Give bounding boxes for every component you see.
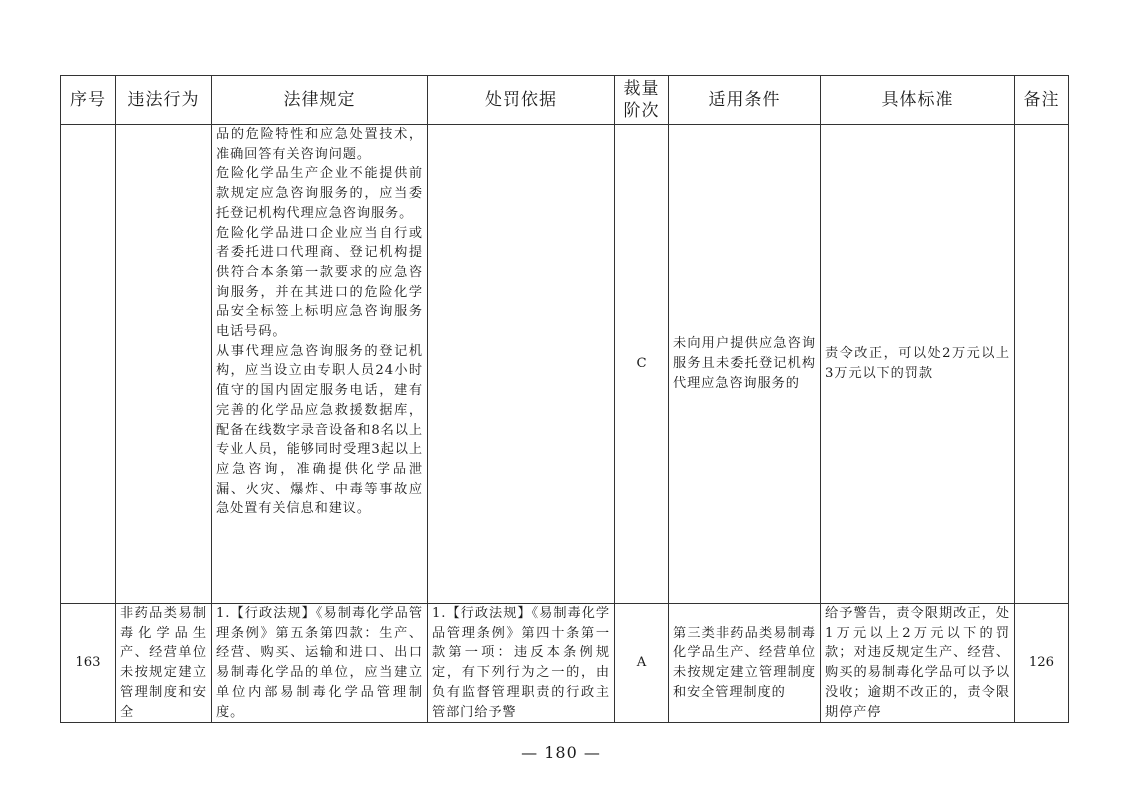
penalty-discretion-table: 序号 违法行为 法律规定 处罚依据 裁量 阶次 适用条件 具体标准 备注 品的危 (60, 75, 1069, 723)
cell-specific-standard: 责令改正，可以处2万元以上3万元以下的罚款 (821, 125, 1015, 604)
legal-paragraph: 危险化学品生产企业不能提供前款规定应急咨询服务的，应当委托登记机构代理应急咨询服… (216, 164, 423, 223)
table-header-row: 序号 违法行为 法律规定 处罚依据 裁量 阶次 适用条件 具体标准 备注 (61, 76, 1069, 125)
violation-text: 非药品类易制毒化学品生产、经营单位未按规定建立管理制度和安全 (116, 604, 211, 722)
header-discretion-level: 裁量 阶次 (615, 76, 669, 125)
legal-paragraph: 1.【行政法规】《易制毒化学品管理条例》第五条第四款：生产、经营、购买、运输和进… (216, 604, 423, 722)
cell-specific-standard: 给予警告，责令限期改正，处1万元以上2万元以下的罚款；对违反规定生产、经营、购买… (821, 604, 1015, 723)
header-remark: 备注 (1015, 76, 1069, 125)
cell-remark: 126 (1015, 604, 1069, 723)
cell-applicable-condition: 第三类非药品类易制毒化学品生产、经营单位未按规定建立管理制度和安全管理制度的 (669, 604, 821, 723)
page-number: — 180 — (0, 743, 1122, 762)
table-row: 163 非药品类易制毒化学品生产、经营单位未按规定建立管理制度和安全 1.【行政… (61, 604, 1069, 723)
cell-seq (61, 125, 116, 604)
cell-remark (1015, 125, 1069, 604)
cell-discretion-level: C (615, 125, 669, 604)
table-row: 品的危险特性和应急处置技术，准确回答有关咨询问题。 危险化学品生产企业不能提供前… (61, 125, 1069, 604)
cell-legal-provision: 品的危险特性和应急处置技术，准确回答有关咨询问题。 危险化学品生产企业不能提供前… (212, 125, 428, 604)
cell-penalty-basis: 1.【行政法规】《易制毒化学品管理条例》第四十条第一款第一项：违反本条例规定，有… (428, 604, 615, 723)
header-specific-standard: 具体标准 (821, 76, 1015, 125)
header-penalty-basis: 处罚依据 (428, 76, 615, 125)
specific-standard-text: 责令改正，可以处2万元以上3万元以下的罚款 (821, 344, 1014, 383)
cell-discretion-level: A (615, 604, 669, 723)
document-page: 序号 违法行为 法律规定 处罚依据 裁量 阶次 适用条件 具体标准 备注 品的危 (0, 0, 1122, 793)
legal-paragraph: 品的危险特性和应急处置技术，准确回答有关咨询问题。 (216, 125, 423, 164)
header-legal-provision: 法律规定 (212, 76, 428, 125)
applicable-condition-text: 第三类非药品类易制毒化学品生产、经营单位未按规定建立管理制度和安全管理制度的 (669, 624, 820, 703)
specific-standard-text: 给予警告，责令限期改正，处1万元以上2万元以下的罚款；对违反规定生产、经营、购买… (821, 604, 1014, 722)
cell-violation: 非药品类易制毒化学品生产、经营单位未按规定建立管理制度和安全 (116, 604, 212, 723)
cell-seq: 163 (61, 604, 116, 723)
legal-paragraph: 危险化学品进口企业应当自行或者委托进口代理商、登记机构提供符合本条第一款要求的应… (216, 224, 423, 342)
legal-paragraph: 从事代理应急咨询服务的登记机构，应当设立由专职人员24小时值守的国内固定服务电话… (216, 342, 423, 519)
header-violation: 违法行为 (116, 76, 212, 125)
cell-applicable-condition: 未向用户提供应急咨询服务且未委托登记机构代理应急咨询服务的 (669, 125, 821, 604)
header-discretion-level-line2: 阶次 (615, 100, 668, 122)
applicable-condition-text: 未向用户提供应急咨询服务且未委托登记机构代理应急咨询服务的 (669, 334, 820, 393)
header-seq: 序号 (61, 76, 116, 125)
cell-violation (116, 125, 212, 604)
cell-legal-provision: 1.【行政法规】《易制毒化学品管理条例》第五条第四款：生产、经营、购买、运输和进… (212, 604, 428, 723)
cell-penalty-basis (428, 125, 615, 604)
header-discretion-level-line1: 裁量 (615, 78, 668, 100)
header-applicable-condition: 适用条件 (669, 76, 821, 125)
penalty-basis-text: 1.【行政法规】《易制毒化学品管理条例》第四十条第一款第一项：违反本条例规定，有… (428, 604, 614, 722)
